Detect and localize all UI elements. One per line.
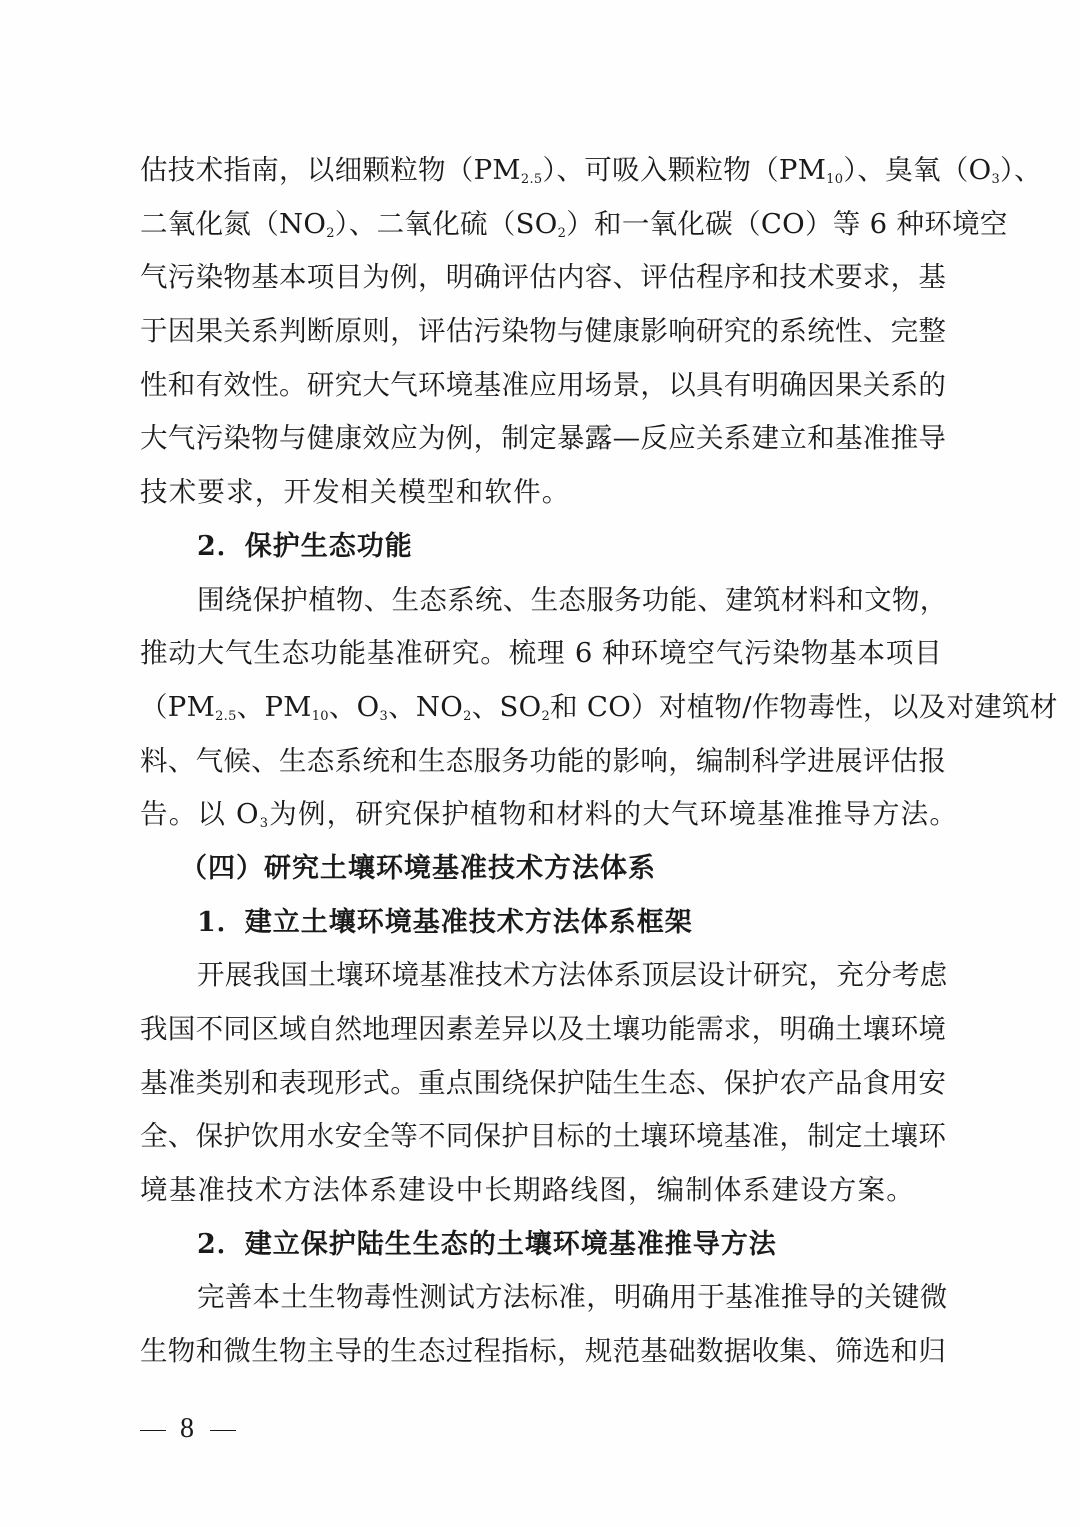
line-text: ）、可吸入颗粒物（PM xyxy=(542,154,826,186)
line-text: 性和有效性。研究大气环境基准应用场景，以具有明确因果关系的 xyxy=(140,369,946,401)
line-text: ）、二氧化硫（SO xyxy=(335,208,558,240)
subscript: 3 xyxy=(380,709,389,724)
line-text: 为例，研究保护植物和材料的大气环境基准推导方法。 xyxy=(269,798,958,830)
line-text: 、NO xyxy=(388,691,463,723)
page-number-dash-right xyxy=(210,1430,236,1432)
line-text: 大气污染物与健康效应为例，制定暴露—反应关系建立和基准推导 xyxy=(140,422,946,454)
line-text: 于因果关系判断原则，评估污染物与健康影响研究的系统性、完整 xyxy=(140,315,946,347)
chapter-heading: （四）研究土壤环境基准技术方法体系 xyxy=(140,842,942,896)
paragraph-line: 性和有效性。研究大气环境基准应用场景，以具有明确因果关系的 xyxy=(140,359,942,413)
line-text: （四）研究土壤环境基准技术方法体系 xyxy=(180,853,656,884)
line-text: 、PM xyxy=(237,691,312,723)
paragraph-line: 全、保护饮用水安全等不同保护目标的土壤环境基准，制定土壤环 xyxy=(140,1110,942,1164)
line-text: 围绕保护植物、生态系统、生态服务功能、建筑材料和文物， xyxy=(197,584,948,616)
paragraph-line: 料、气候、生态系统和生态服务功能的影响，编制科学进展评估报 xyxy=(140,735,942,789)
document-body: 估技术指南，以细颗粒物（PM2.5）、可吸入颗粒物（PM10）、臭氧（O3）、二… xyxy=(140,144,942,1379)
subscript: 2 xyxy=(326,226,335,241)
paragraph-line: 大气污染物与健康效应为例，制定暴露—反应关系建立和基准推导 xyxy=(140,412,942,466)
subscript: 10 xyxy=(312,709,329,724)
paragraph-first-line: 开展我国土壤环境基准技术方法体系顶层设计研究，充分考虑 xyxy=(140,949,942,1003)
line-text: 、SO xyxy=(472,691,542,723)
paragraph-last-line: 告。以 O3为例，研究保护植物和材料的大气环境基准推导方法。 xyxy=(140,788,942,842)
line-text: 2．保护生态功能 xyxy=(197,531,413,562)
subscript: 10 xyxy=(826,172,843,187)
paragraph-line: （PM2.5、PM10、O3、NO2、SO2和 CO）对植物/作物毒性，以及对建… xyxy=(140,681,942,735)
line-text: 推动大气生态功能基准研究。梳理 6 种环境空气污染物基本项目 xyxy=(140,637,942,669)
section-heading: 2．建立保护陆生生态的土壤环境基准推导方法 xyxy=(140,1218,942,1272)
subscript: 3 xyxy=(260,816,269,831)
paragraph-line: 二氧化氮（NO2）、二氧化硫（SO2）和一氧化碳（CO）等 6 种环境空 xyxy=(140,198,942,252)
paragraph-first-line: 围绕保护植物、生态系统、生态服务功能、建筑材料和文物， xyxy=(140,574,942,628)
section-heading: 2．保护生态功能 xyxy=(140,520,942,574)
line-text: 、O xyxy=(329,691,380,723)
paragraph-line: 气污染物基本项目为例，明确评估内容、评估程序和技术要求，基 xyxy=(140,251,942,305)
line-text: 2．建立保护陆生生态的土壤环境基准推导方法 xyxy=(197,1229,777,1260)
section-heading: 1．建立土壤环境基准技术方法体系框架 xyxy=(140,896,942,950)
subscript: 2.5 xyxy=(521,172,543,187)
paragraph-last-line: 技术要求，开发相关模型和软件。 xyxy=(140,466,942,520)
paragraph-line: 估技术指南，以细颗粒物（PM2.5）、可吸入颗粒物（PM10）、臭氧（O3）、 xyxy=(140,144,942,198)
subscript: 2 xyxy=(558,226,567,241)
line-text: 估技术指南，以细颗粒物（PM xyxy=(140,154,521,186)
document-page: 估技术指南，以细颗粒物（PM2.5）、可吸入颗粒物（PM10）、臭氧（O3）、二… xyxy=(0,0,1080,1527)
line-text: （PM xyxy=(140,691,215,723)
line-text: ）、臭氧（O xyxy=(843,154,991,186)
page-number-dash-left xyxy=(140,1430,166,1432)
paragraph-line: 推动大气生态功能基准研究。梳理 6 种环境空气污染物基本项目 xyxy=(140,627,942,681)
line-text: 完善本土生物毒性测试方法标准，明确用于基准推导的关键微 xyxy=(197,1281,948,1313)
subscript: 3 xyxy=(991,172,1000,187)
paragraph-line: 于因果关系判断原则，评估污染物与健康影响研究的系统性、完整 xyxy=(140,305,942,359)
line-text: 和 CO）对植物/作物毒性，以及对建筑材 xyxy=(550,691,1058,723)
line-text: 1．建立土壤环境基准技术方法体系框架 xyxy=(197,907,693,938)
subscript: 2 xyxy=(541,709,550,724)
paragraph-line: 生物和微生物主导的生态过程指标，规范基础数据收集、筛选和归 xyxy=(140,1325,942,1379)
line-text: 告。以 O xyxy=(140,798,260,830)
subscript: 2.5 xyxy=(215,709,237,724)
paragraph-line: 我国不同区域自然地理因素差异以及土壤功能需求，明确土壤环境 xyxy=(140,1003,942,1057)
line-text: ）、 xyxy=(1000,154,1042,186)
line-text: 生物和微生物主导的生态过程指标，规范基础数据收集、筛选和归 xyxy=(140,1335,946,1367)
line-text: ）和一氧化碳（CO）等 6 种环境空 xyxy=(566,208,1007,240)
line-text: 二氧化氮（NO xyxy=(140,208,326,240)
subscript: 2 xyxy=(463,709,472,724)
line-text: 我国不同区域自然地理因素差异以及土壤功能需求，明确土壤环境 xyxy=(140,1013,946,1045)
line-text: 技术要求，开发相关模型和软件。 xyxy=(140,476,571,508)
paragraph-first-line: 完善本土生物毒性测试方法标准，明确用于基准推导的关键微 xyxy=(140,1271,942,1325)
page-number: 8 xyxy=(140,1413,250,1445)
line-text: 基准类别和表现形式。重点围绕保护陆生生态、保护农产品食用安 xyxy=(140,1067,946,1099)
line-text: 全、保护饮用水安全等不同保护目标的土壤环境基准，制定土壤环 xyxy=(140,1120,946,1152)
page-number-value: 8 xyxy=(180,1413,196,1444)
paragraph-line: 基准类别和表现形式。重点围绕保护陆生生态、保护农产品食用安 xyxy=(140,1057,942,1111)
line-text: 料、气候、生态系统和生态服务功能的影响，编制科学进展评估报 xyxy=(140,745,946,777)
line-text: 开展我国土壤环境基准技术方法体系顶层设计研究，充分考虑 xyxy=(197,959,948,991)
line-text: 气污染物基本项目为例，明确评估内容、评估程序和技术要求，基 xyxy=(140,261,946,293)
paragraph-last-line: 境基准技术方法体系建设中长期路线图，编制体系建设方案。 xyxy=(140,1164,942,1218)
line-text: 境基准技术方法体系建设中长期路线图，编制体系建设方案。 xyxy=(140,1174,915,1206)
